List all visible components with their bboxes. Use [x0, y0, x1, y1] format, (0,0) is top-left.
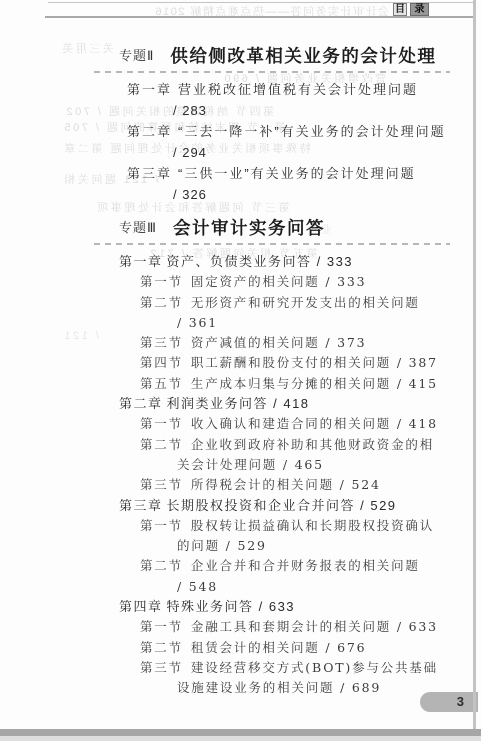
page-edge-shadow-bottom-light: [0, 736, 481, 741]
toc-row: 第五节生产成本归集与分摊的相关问题 / 415: [119, 374, 438, 394]
page-ref: 设施建设业务的相关问题 / 689: [177, 680, 381, 695]
toc-row-continuation: 设施建设业务的相关问题 / 689: [119, 678, 438, 698]
section-title: 职工薪酬和股份支付的相关问题 / 387: [191, 355, 438, 370]
topic-heading-3: 专题Ⅲ会计审计实务问答: [119, 215, 325, 240]
topic-title: 供给侧改革相关业务的会计处理: [170, 46, 436, 66]
section-label: 第二节: [140, 558, 183, 573]
page-number-tab: 3: [420, 692, 478, 712]
toc-list-topic2: 第一章营业税改征增值税有关会计处理问题 / 283 第二章“三去一降一补”有关业…: [127, 79, 446, 205]
toc-row-continuation: 的问题 / 529: [119, 536, 438, 556]
toc-row: 第四节职工薪酬和股份支付的相关问题 / 387: [119, 353, 438, 373]
section-label: 第一节: [140, 518, 183, 533]
dashed-separator: [94, 71, 450, 73]
section-label: 第四节: [140, 355, 183, 370]
page-ref: 关会计处理问题 / 465: [177, 457, 324, 472]
chapter-title: “三去一降一补”有关业务的会计处理问题: [178, 124, 446, 139]
page-ref: / 326: [173, 187, 207, 202]
toc-row: 第三节建设经营移交方式(BOT)参与公共基础: [119, 658, 438, 678]
page-ref: / 294: [173, 145, 207, 160]
toc-row: 第三节资产减值的相关问题 / 373: [119, 333, 438, 353]
section-label: 第一节: [140, 274, 183, 289]
section-title: 租赁会计的相关问题 / 676: [191, 640, 367, 655]
toc-row: 第一节金融工具和套期会计的相关问题 / 633: [119, 617, 438, 637]
section-title: 无形资产和研究开发支出的相关问题: [191, 295, 420, 310]
chapter-label: 第一章: [127, 82, 172, 97]
header-rule-bottom: [45, 16, 474, 18]
chapter-label: 第四章: [119, 599, 163, 614]
chapter-label: 第三章: [119, 498, 163, 513]
topic-label: 专题Ⅱ: [119, 48, 154, 63]
section-label: 第三节: [140, 335, 183, 350]
toc-row: 第四章特殊业务问答 / 633: [119, 597, 438, 617]
section-title: 企业合并和合并财务报表的相关问题: [191, 558, 420, 573]
toc-row: 第三章长期股权投资和企业合并问答 / 529: [119, 496, 438, 516]
page-ref: / 283: [173, 103, 207, 118]
toc-row: 第二节无形资产和研究开发支出的相关问题: [119, 293, 438, 313]
dashed-separator: [94, 243, 450, 245]
chapter-title: 利润类业务问答 / 418: [167, 396, 310, 411]
toc-row-continuation: 关会计处理问题 / 465: [119, 455, 438, 475]
toc-row: 第三章“三供一业”有关业务的会计处理问题: [127, 163, 446, 184]
ghost-text: / 121: [62, 330, 99, 342]
section-title: 收入确认和建造合同的相关问题 / 418: [191, 416, 438, 431]
toc-row: 第一节固定资产的相关问题 / 333: [119, 272, 438, 292]
chapter-title: 营业税改征增值税有关会计处理问题: [178, 82, 418, 97]
ghost-text: 关三用美: [60, 40, 114, 56]
toc-row-continuation: / 361: [119, 313, 438, 333]
toc-row-continuation: / 283: [127, 100, 446, 121]
toc-row: 第二节租赁会计的相关问题 / 676: [119, 638, 438, 658]
chapter-title: 特殊业务问答 / 633: [167, 599, 296, 614]
chapter-label: 第二章: [119, 396, 163, 411]
toc-row: 第一节收入确认和建造合同的相关问题 / 418: [119, 414, 438, 434]
chapter-label: 第三章: [127, 166, 172, 181]
toc-row: 第二章利润类业务问答 / 418: [119, 394, 438, 414]
toc-list-topic3: 第一章资产、负债类业务问答 / 333 第一节固定资产的相关问题 / 333 第…: [119, 252, 438, 699]
section-title: 所得税会计的相关问题 / 524: [191, 477, 381, 492]
page-number: 3: [457, 694, 464, 709]
page-ref: / 361: [177, 315, 218, 330]
section-label: 第二节: [140, 295, 183, 310]
topic-title: 会计审计实务问答: [173, 218, 325, 238]
chapter-title: 资产、负债类业务问答 / 333: [167, 254, 354, 269]
section-title: 生产成本归集与分摊的相关问题 / 415: [191, 376, 438, 391]
toc-row: 第二章“三去一降一补”有关业务的会计处理问题: [127, 121, 446, 142]
section-label: 第一节: [140, 416, 183, 431]
page-ref: 的问题 / 529: [177, 538, 267, 553]
section-label: 第一节: [140, 619, 183, 634]
topic-heading-2: 专题Ⅱ供给侧改革相关业务的会计处理: [119, 43, 436, 68]
section-title: 股权转让损益确认和长期股权投资确认: [191, 518, 434, 533]
chapter-label: 第一章: [119, 254, 163, 269]
toc-row: 第一章营业税改征增值税有关会计处理问题: [127, 79, 446, 100]
section-label: 第三节: [140, 660, 183, 675]
section-title: 建设经营移交方式(BOT)参与公共基础: [191, 660, 438, 675]
toc-row-continuation: / 548: [119, 577, 438, 597]
toc-header-box-lu: 录: [410, 3, 429, 16]
chapter-label: 第二章: [127, 124, 172, 139]
toc-row: 第二节企业收到政府补助和其他财政资金的相: [119, 435, 438, 455]
toc-row-continuation: / 326: [127, 184, 446, 205]
toc-row: 第一章资产、负债类业务问答 / 333: [119, 252, 438, 272]
section-title: 资产减值的相关问题 / 373: [191, 335, 367, 350]
page-edge-shadow-bottom: [0, 729, 481, 736]
section-title: 企业收到政府补助和其他财政资金的相: [191, 437, 434, 452]
section-label: 第三节: [140, 477, 183, 492]
topic-label: 专题Ⅲ: [119, 220, 157, 235]
toc-row: 第三节所得税会计的相关问题 / 524: [119, 475, 438, 495]
section-label: 第五节: [140, 376, 183, 391]
section-label: 第二节: [140, 640, 183, 655]
toc-header-box-mu: 目: [393, 3, 407, 16]
chapter-title: “三供一业”有关业务的会计处理问题: [178, 166, 416, 181]
chapter-title: 长期股权投资和企业合并问答 / 529: [167, 498, 397, 513]
page-edge-shadow-right: [473, 0, 476, 741]
section-title: 固定资产的相关问题 / 333: [191, 274, 367, 289]
section-title: 金融工具和套期会计的相关问题 / 633: [191, 619, 438, 634]
toc-row-continuation: / 294: [127, 142, 446, 163]
page-ref: / 548: [177, 579, 218, 594]
toc-row: 第一节股权转让损益确认和长期股权投资确认: [119, 516, 438, 536]
section-label: 第二节: [140, 437, 183, 452]
toc-row: 第二节企业合并和合并财务报表的相关问题: [119, 556, 438, 576]
book-toc-page: 会计审计实务问答——热点难点精解 2016 目 录 关三用美 营改增相关业务问题…: [0, 0, 481, 741]
